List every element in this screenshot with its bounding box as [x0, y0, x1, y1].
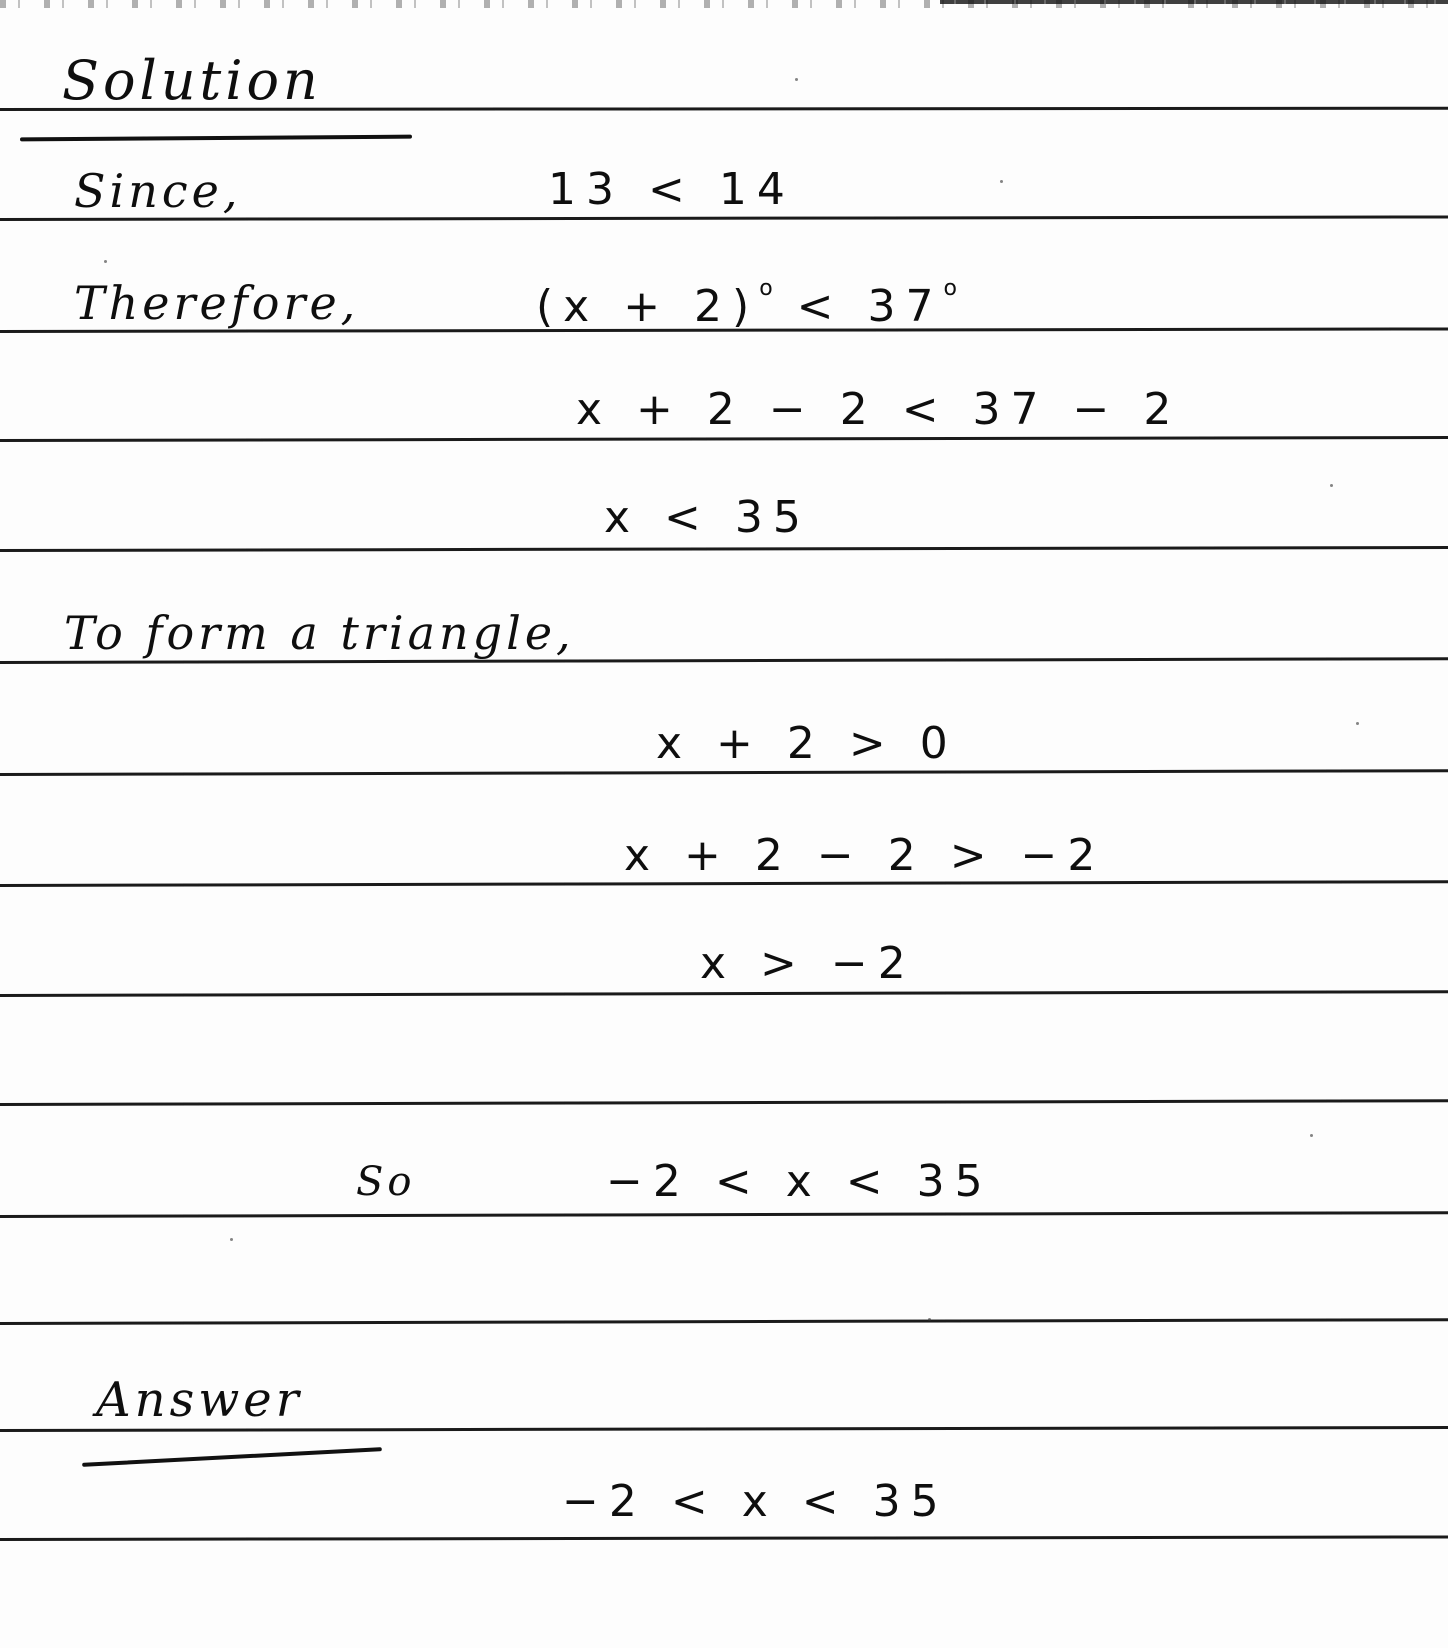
- ruled-line: [0, 1318, 1448, 1325]
- step-expression: x > −2: [700, 942, 916, 986]
- step-label: To form a triangle,: [64, 610, 575, 656]
- scan-edge-noise-right: [940, 0, 1448, 4]
- handwritten-page: Solution Since, 13 < 14 Therefore, (x + …: [0, 0, 1448, 1648]
- ruled-line: [0, 990, 1448, 997]
- step-expression: x + 2 − 2 > −2: [624, 834, 1105, 878]
- ruled-line: [0, 880, 1448, 887]
- step-expression: x < 35: [604, 496, 811, 540]
- degree-sup: o: [944, 276, 957, 301]
- step-expression: 13 < 14: [548, 168, 795, 212]
- scan-speck: [1356, 722, 1359, 725]
- scan-speck: [1310, 1134, 1313, 1137]
- step-expression: x + 2 > 0: [656, 722, 958, 766]
- ruled-line: [0, 1535, 1448, 1541]
- final-inequality: −2 < x < 35: [606, 1160, 993, 1204]
- answer-expression: −2 < x < 35: [562, 1480, 949, 1524]
- scan-speck: [104, 260, 107, 263]
- ruled-line: [0, 769, 1448, 776]
- solution-heading: Solution: [62, 54, 322, 108]
- step-label: Since,: [74, 168, 241, 214]
- answer-heading: Answer: [96, 1376, 303, 1424]
- scan-speck: [1330, 484, 1333, 487]
- scan-speck: [1000, 180, 1003, 183]
- ruled-line: [0, 1211, 1448, 1218]
- step-label: Therefore,: [74, 280, 359, 326]
- ruled-line: [0, 1099, 1448, 1106]
- degree-sup: o: [759, 276, 772, 301]
- expr-part: < 37: [773, 281, 944, 332]
- scan-speck: [795, 78, 798, 81]
- expr-part: (x + 2): [536, 281, 759, 332]
- scan-speck: [230, 1238, 233, 1241]
- step-expression: x + 2 − 2 < 37 − 2: [576, 388, 1181, 432]
- step-label: So: [356, 1162, 415, 1202]
- heading-underline: [20, 135, 412, 142]
- ruled-line: [0, 436, 1448, 442]
- answer-underline: [82, 1447, 382, 1467]
- step-expression: (x + 2)o < 37o: [536, 278, 957, 329]
- ruled-line: [0, 546, 1448, 552]
- scan-speck: [928, 1318, 931, 1321]
